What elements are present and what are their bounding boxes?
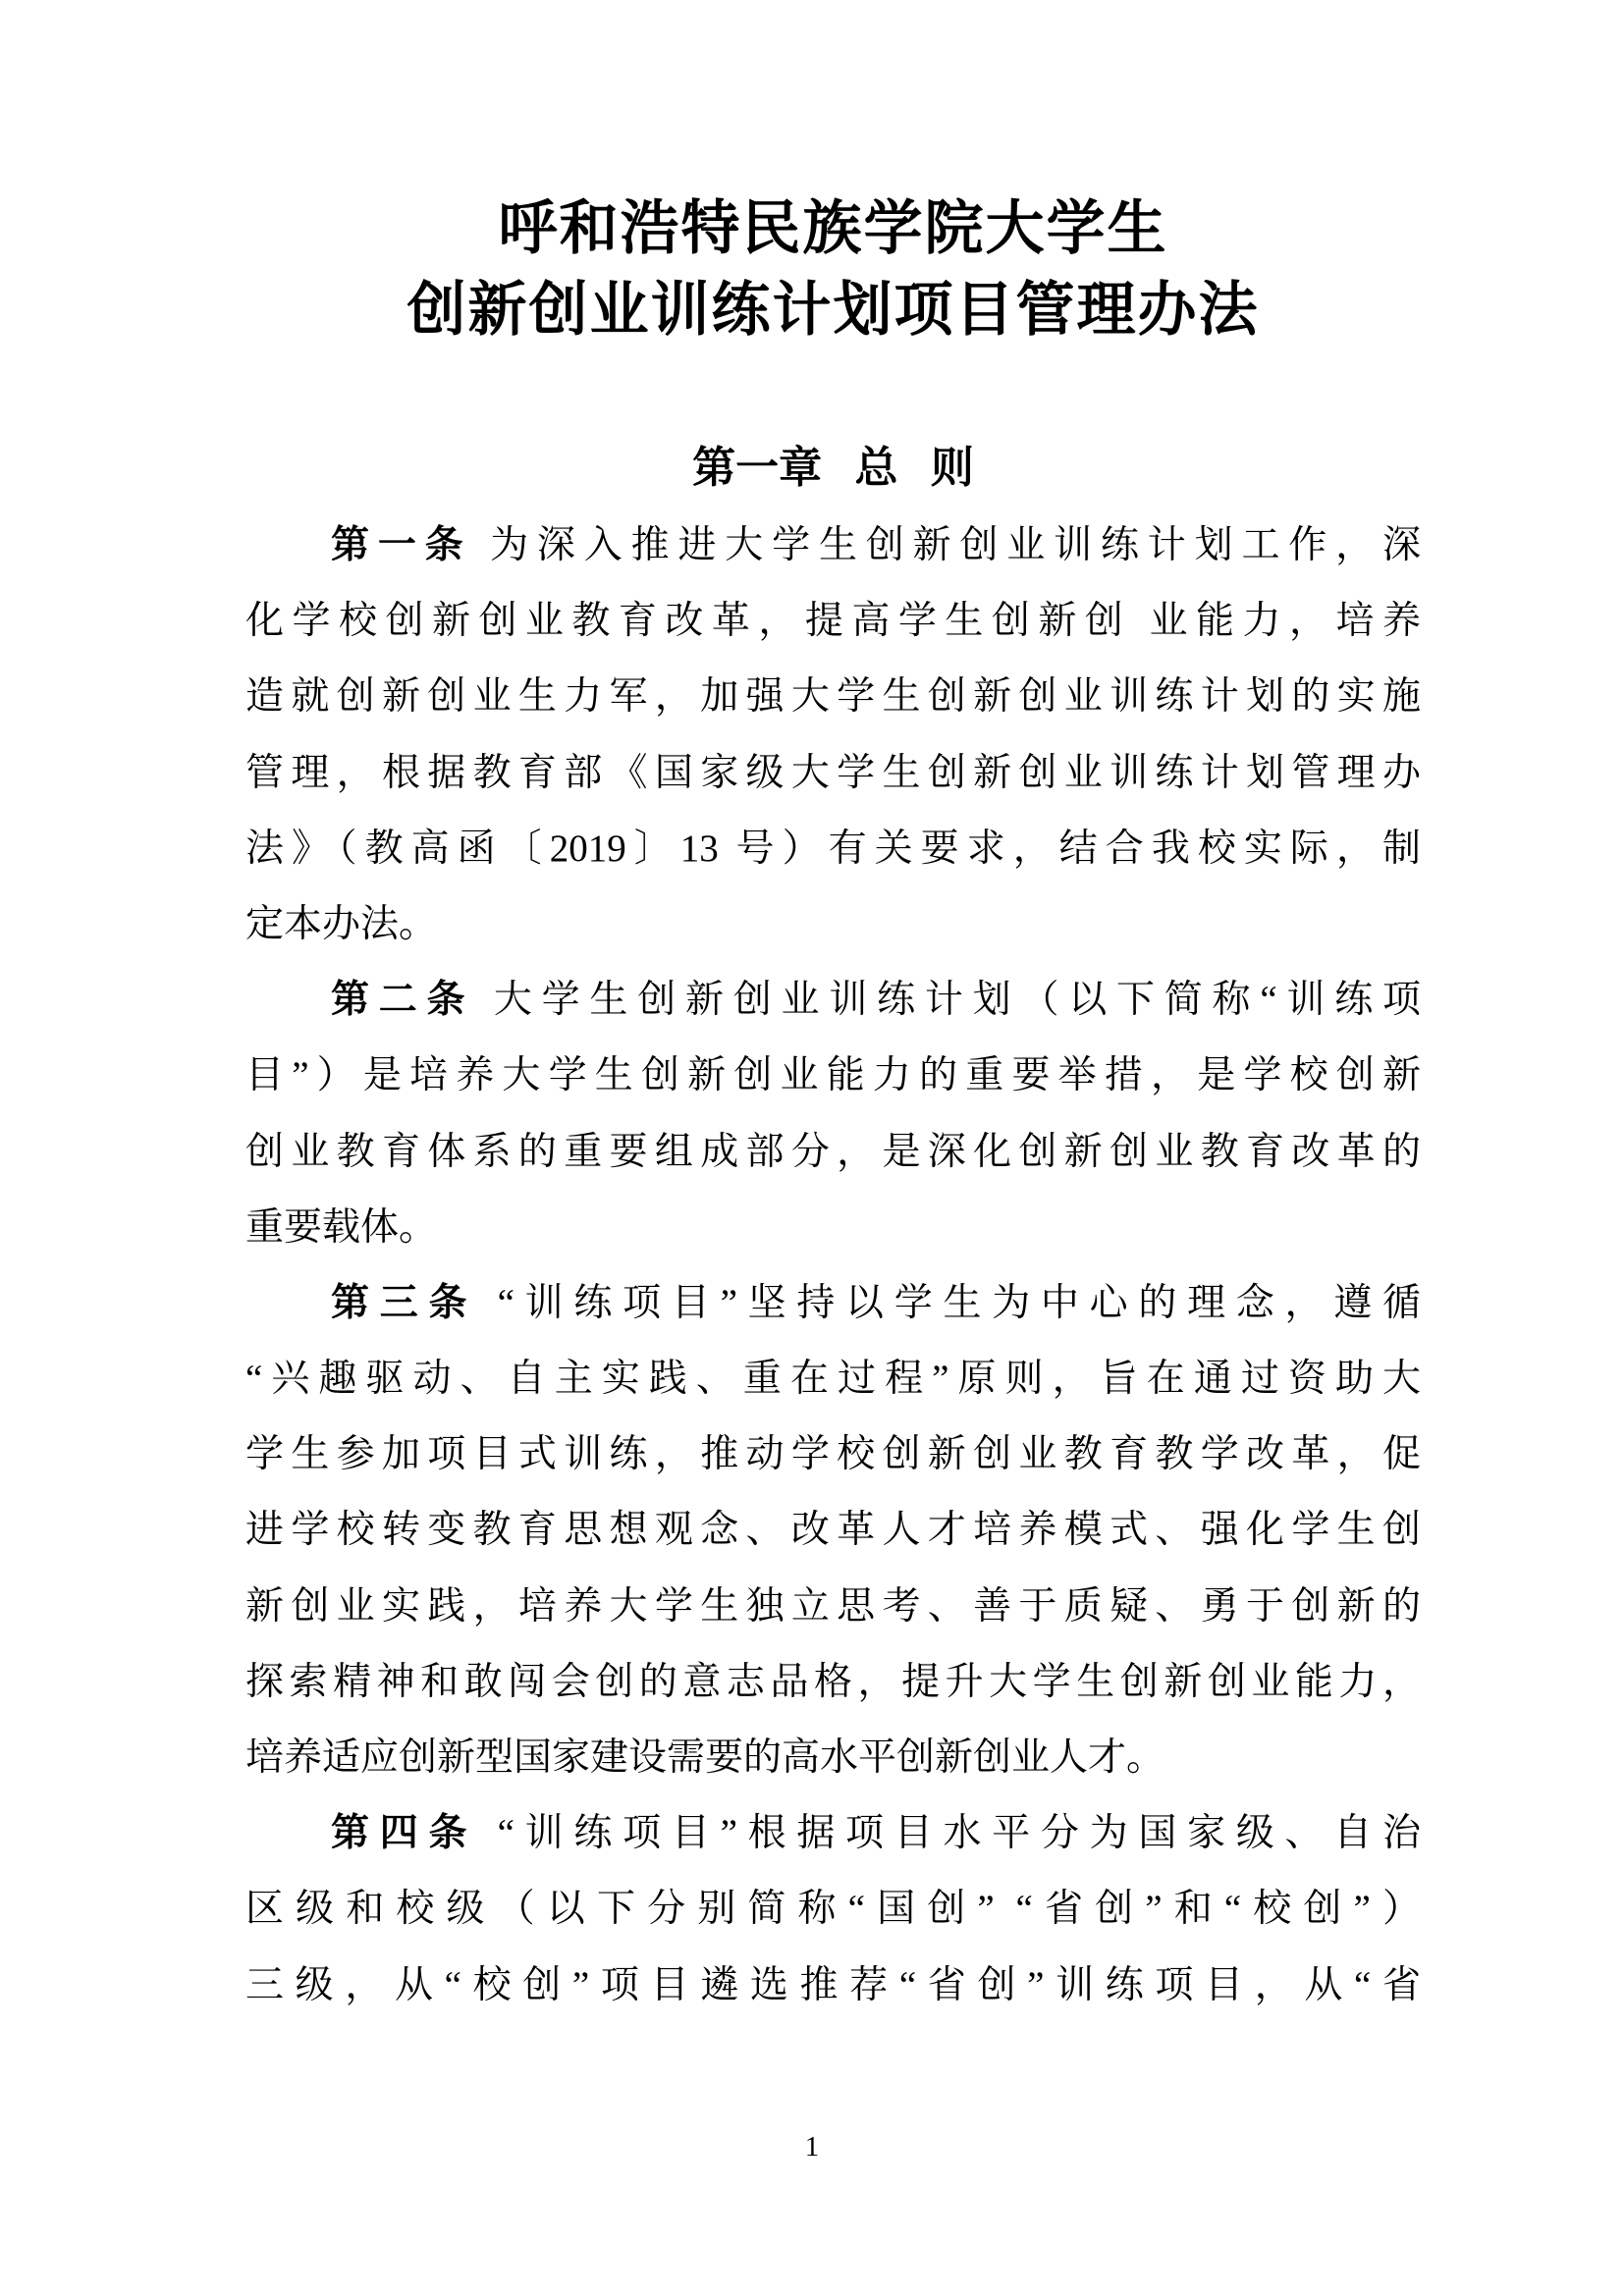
document-body: 第一条 为深入推进大学生创新创业训练计划工作，深化学校创新创业教育改革，提高学生…: [245, 507, 1421, 2023]
body-line: 化学校创新创业教育改革，提高学生创新创 业能力，培养: [245, 583, 1421, 659]
article-label: 第二条: [331, 978, 474, 1022]
body-line: 区级和校级（以下分别简称“国创” “省创”和“校创”）: [245, 1871, 1421, 1947]
body-line: 第三条 “训练项目”坚持以学生为中心的理念，遵循: [245, 1265, 1421, 1341]
body-line: 探索精神和敢闯会创的意志品格，提升大学生创新创业能力，: [245, 1644, 1421, 1720]
document-title: 呼和浩特民族学院大学生 创新创业训练计划项目管理办法: [245, 188, 1421, 351]
body-line: 管理，根据教育部《国家级大学生创新创业训练计划管理办: [245, 735, 1421, 811]
body-line: “兴趣驱动、自主实践、重在过程”原则，旨在通过资助大: [245, 1341, 1421, 1416]
article-label: 第四条: [331, 1811, 477, 1855]
body-line: 第一条 为深入推进大学生创新创业训练计划工作，深: [245, 507, 1421, 583]
body-line: 造就创新创业生力军，加强大学生创新创业训练计划的实施: [245, 659, 1421, 734]
body-line: 第四条 “训练项目”根据项目水平分为国家级、自治: [245, 1795, 1421, 1871]
body-line: 定本办法。: [245, 886, 1421, 962]
document-page: 呼和浩特民族学院大学生 创新创业训练计划项目管理办法 第一章 总 则 第一条 为…: [0, 0, 1624, 2296]
body-line: 目”）是培养大学生创新创业能力的重要举措，是学校创新: [245, 1038, 1421, 1113]
title-line-2: 创新创业训练计划项目管理办法: [245, 270, 1421, 351]
chapter-heading: 第一章 总 则: [245, 439, 1421, 498]
body-line: 学生参加项目式训练，推动学校创新创业教育教学改革，促: [245, 1416, 1421, 1492]
body-line: 创业教育体系的重要组成部分，是深化创新创业教育改革的: [245, 1114, 1421, 1190]
body-line: 培养适应创新型国家建设需要的高水平创新创业人才。: [245, 1720, 1421, 1795]
body-line: 三级，从“校创”项目遴选推荐“省创”训练项目，从“省: [245, 1948, 1421, 2023]
body-line: 进学校转变教育思想观念、改革人才培养模式、强化学生创: [245, 1492, 1421, 1568]
body-line: 新创业实践，培养大学生独立思考、善于质疑、勇于创新的: [245, 1569, 1421, 1644]
body-line: 法》（教高函〔2019〕13 号）有关要求，结合我校实际，制: [245, 811, 1421, 886]
page-number: 1: [0, 2125, 1624, 2168]
article-label: 第三条: [331, 1281, 477, 1325]
body-line: 重要载体。: [245, 1190, 1421, 1265]
article-label: 第一条: [331, 523, 472, 567]
body-line: 第二条 大学生创新创业训练计划（以下简称“训练项: [245, 962, 1421, 1038]
title-line-1: 呼和浩特民族学院大学生: [245, 188, 1421, 270]
